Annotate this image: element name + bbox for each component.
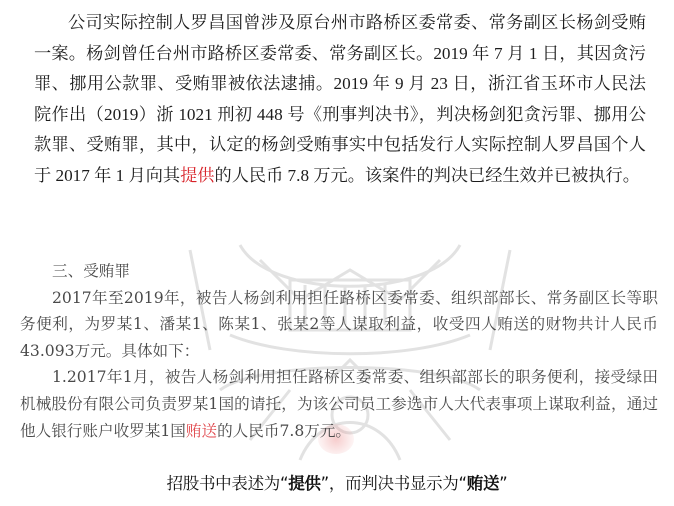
judgment-item-1: 1.2017年1月，被告人杨剑利用担任路桥区委常委、组织部部长的职务便利，接受绿…: [20, 364, 658, 444]
comparison-caption: 招股书中表述为“提供”，而判决书显示为“贿送”: [0, 472, 674, 496]
prospectus-excerpt: 公司实际控制人罗昌国曾涉及原台州市路桥区委常委、常务副区长杨剑受贿一案。杨剑曾任…: [34, 8, 646, 191]
judgment-summary-paragraph: 2017年至2019年，被告人杨剑利用担任路桥区委常委、组织部部长、常务副区长等…: [20, 285, 658, 365]
prospectus-paragraph: 公司实际控制人罗昌国曾涉及原台州市路桥区委常委、常务副区长杨剑受贿一案。杨剑曾任…: [34, 8, 646, 191]
caption-term-bribe: 贿送: [467, 474, 499, 493]
section-heading: 三、受贿罪: [20, 258, 658, 285]
caption-term-provide: 提供: [288, 474, 320, 493]
prospectus-text-pre: 公司实际控制人罗昌国曾涉及原台州市路桥区委常委、常务副区长杨剑受贿一案。杨剑曾任…: [34, 13, 646, 185]
caption-part-1: 招股书中表述为“: [167, 474, 289, 493]
caption-part-3: ”: [499, 474, 507, 493]
caption-part-2: ”，而判决书显示为“: [321, 474, 467, 493]
highlight-term-provide: 提供: [180, 166, 214, 185]
highlight-term-bribe: 贿送: [186, 422, 217, 440]
judgment-excerpt: 三、受贿罪 2017年至2019年，被告人杨剑利用担任路桥区委常委、组织部部长、…: [20, 258, 658, 448]
judgment-item-1-post: 的人民币7.8万元。: [217, 422, 351, 440]
prospectus-text-post: 的人民币 7.8 万元。该案件的判决已经生效并已被执行。: [215, 166, 640, 185]
